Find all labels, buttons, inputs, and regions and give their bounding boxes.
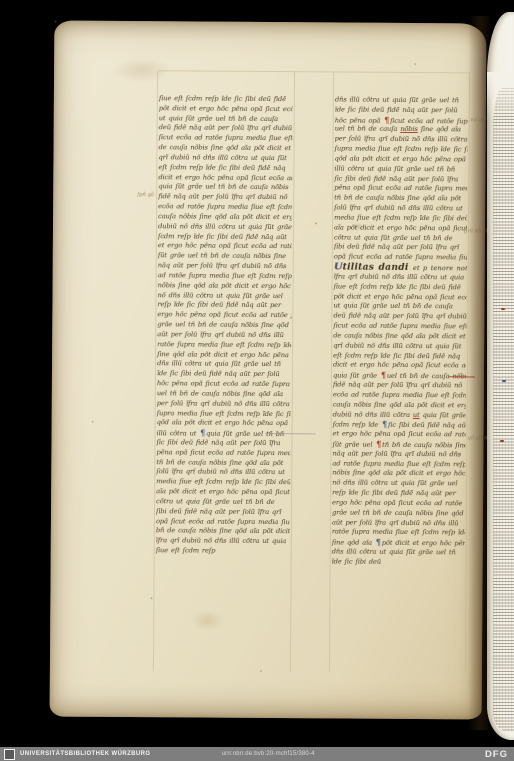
manuscript-line: ĩde ſic ſibi deũ — [332, 557, 465, 568]
margin-notes: ſpñ qõnõ qrĩgrã nõ aĩtqõ aĩt nõ — [54, 21, 486, 24]
library-logo-icon — [4, 749, 15, 760]
fore-edge-highlight — [487, 72, 514, 118]
parchment-specks — [54, 21, 56, 23]
manuscript-line: ſiue eſt ſcdm reſp — [156, 546, 290, 557]
fore-edge-text-texture — [493, 88, 514, 732]
urn-identifier: urn:nbn:de:bvb:20-mchf15/380-4 — [222, 751, 315, 757]
digitization-footer-bar: UNIVERSITÄTSBIBLIOTHEK WÜRZBURG urn:nbn:… — [0, 747, 514, 761]
fore-edge-rubric-mark — [501, 308, 505, 310]
margin-note: ſpñ qõ — [137, 192, 154, 198]
library-name: UNIVERSITÄTSBIBLIOTHEK WÜRZBURG — [20, 751, 150, 757]
ruling-line-horizontal — [158, 70, 470, 73]
fore-edge-pages — [487, 12, 514, 740]
fore-edge-blue-initial — [502, 380, 506, 382]
text-column-right: dñs illũ cõtra ut quia ſũt grãe uel tñ ĩ… — [332, 95, 468, 568]
dfg-logo: DFG — [485, 749, 508, 759]
manuscript-page: ſiue eſt ſcdm reſp ĩde ſic ſibi deũ fidẽ… — [50, 21, 487, 720]
text-column-left: ſiue eſt ſcdm reſp ĩde ſic ſibi deũ fidẽ… — [156, 94, 293, 557]
fore-edge-rubric-mark — [500, 440, 504, 442]
scan-viewport: ſiue eſt ſcdm reſp ĩde ſic ſibi deũ fidẽ… — [0, 0, 514, 761]
parchment-stain — [190, 609, 224, 631]
